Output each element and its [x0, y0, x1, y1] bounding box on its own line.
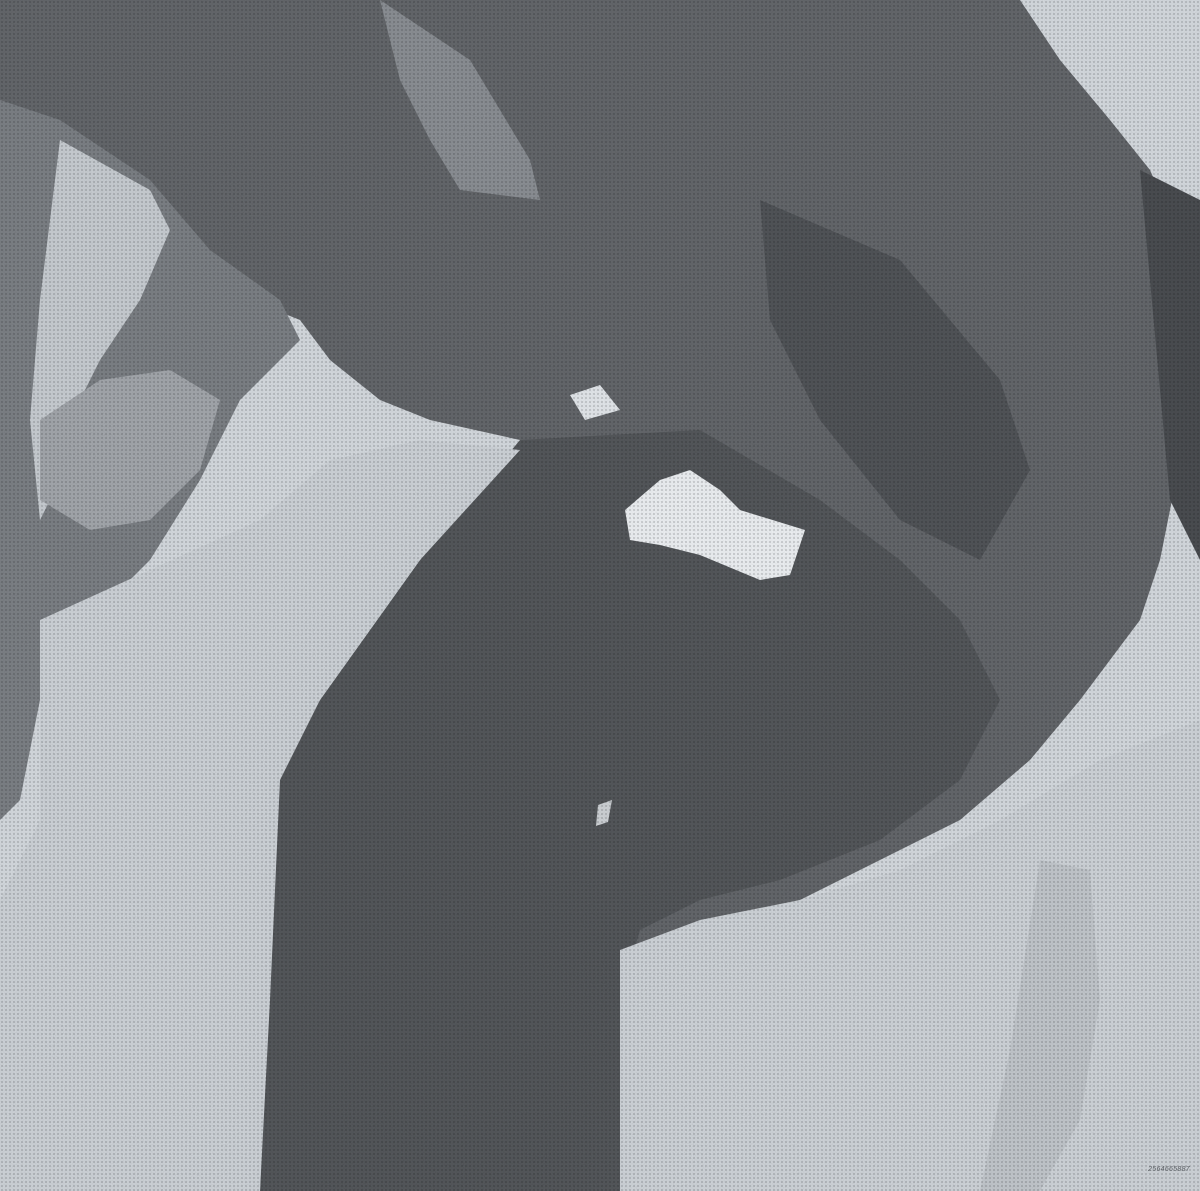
catalog-number: 2564665887	[1148, 1166, 1190, 1173]
halftone-photograph: 2564665887	[0, 0, 1200, 1191]
photo-shapes	[0, 0, 1200, 1191]
